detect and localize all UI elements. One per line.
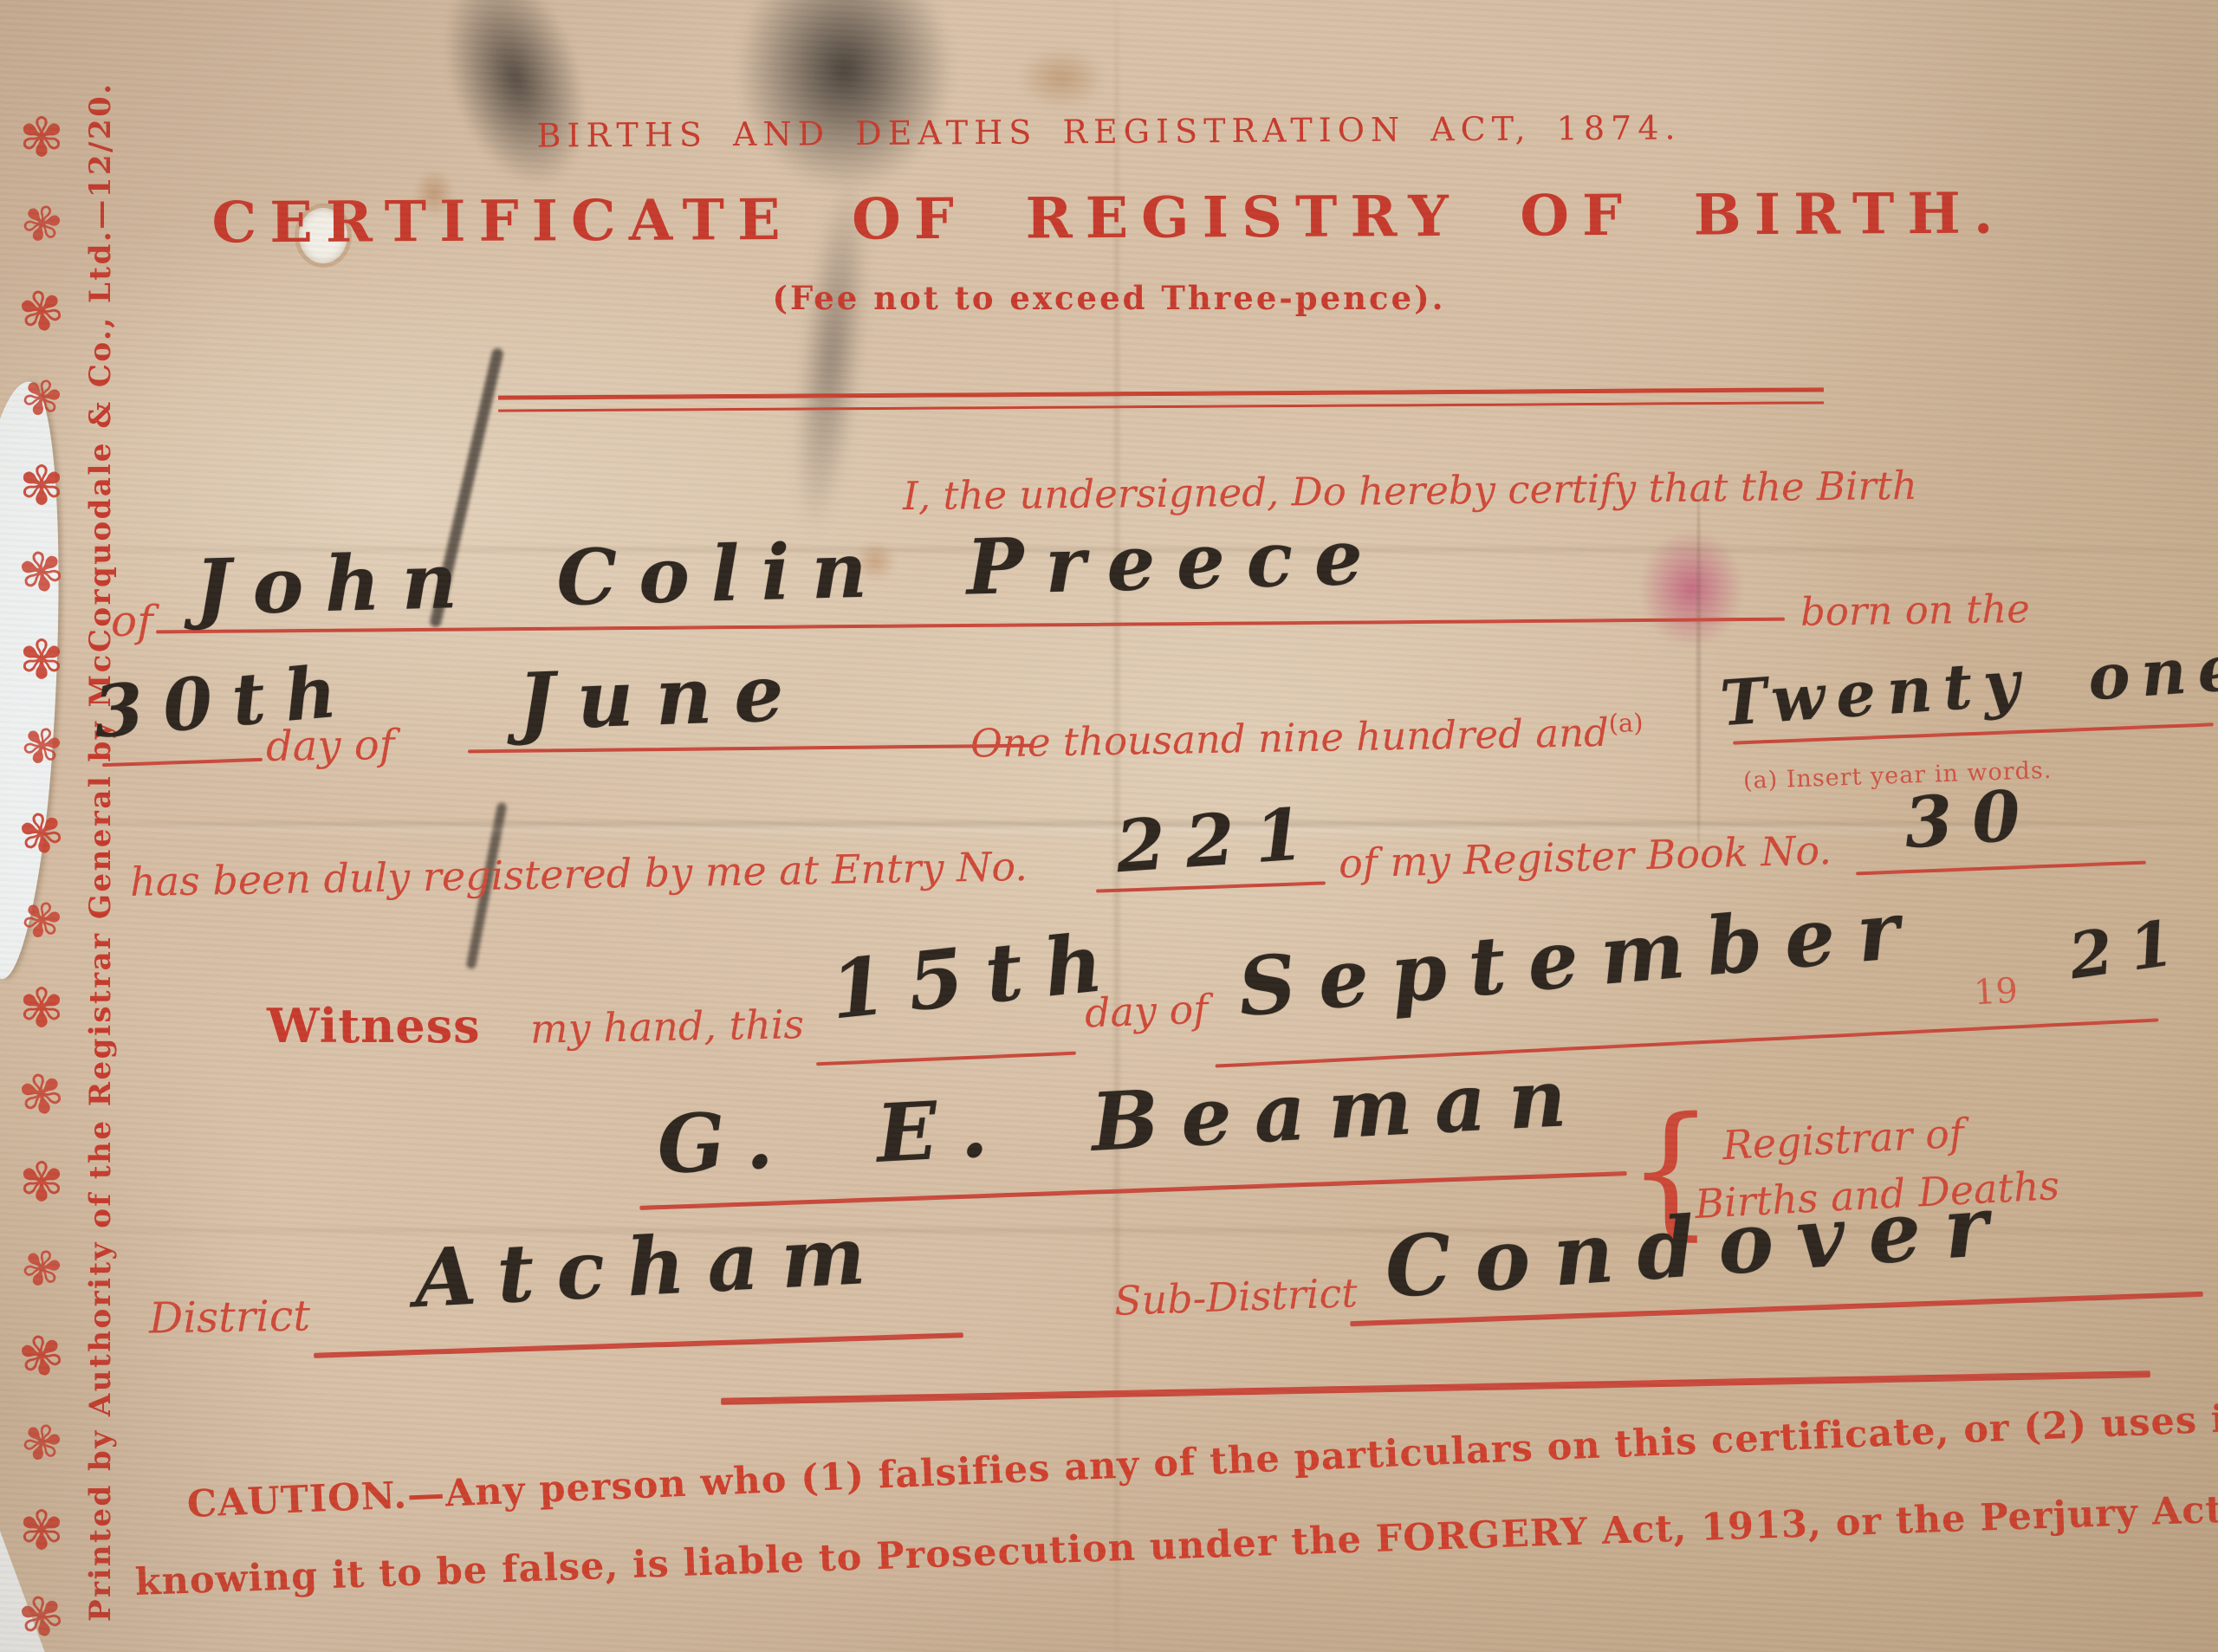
register-book-underline bbox=[1856, 861, 2146, 876]
born-on-the-label: born on the bbox=[1800, 586, 2030, 635]
vertical-crease bbox=[1696, 485, 1701, 849]
witness-statement: my hand, this bbox=[530, 1001, 805, 1053]
flower-ornament-icon: ✾ bbox=[15, 1240, 68, 1299]
witness-day-handwritten: 15th bbox=[826, 914, 1129, 1038]
district-handwritten: Atcham bbox=[412, 1208, 891, 1325]
year-printed-prefix: One thousand nine hundred and(a) bbox=[970, 708, 1644, 767]
ornament-column: ✾✾✾✾✾✾✾✾✾✾✾✾✾✾✾✾✾✾ bbox=[5, 111, 78, 1644]
ink-smudge bbox=[736, 0, 953, 191]
flower-ornament-icon: ✾ bbox=[19, 1156, 64, 1209]
flower-ornament-icon: ✾ bbox=[14, 1325, 69, 1387]
witness-word: Witness bbox=[267, 998, 481, 1053]
footnote-marker: (a) bbox=[1608, 708, 1644, 738]
flower-ornament-icon: ✾ bbox=[14, 1064, 69, 1125]
birth-certificate-document: ✾✾✾✾✾✾✾✾✾✾✾✾✾✾✾✾✾✾ Printed by Authority … bbox=[0, 0, 2218, 1652]
bottom-divider-rule bbox=[721, 1370, 2150, 1405]
birth-day-underline bbox=[102, 758, 263, 767]
flower-ornament-icon: ✾ bbox=[19, 111, 64, 165]
flower-ornament-icon: ✾ bbox=[15, 718, 68, 777]
flower-ornament-icon: ✾ bbox=[15, 196, 68, 255]
brown-stain bbox=[1018, 48, 1105, 108]
flower-ornament-icon: ✾ bbox=[14, 281, 69, 342]
birth-year-handwritten: Twenty one bbox=[1718, 630, 2218, 740]
registered-statement: has been duly registered by me at Entry … bbox=[130, 843, 1028, 905]
register-book-number-handwritten: 30 bbox=[1902, 774, 2042, 865]
registrar-signature-handwritten: G. E. Beaman bbox=[655, 1050, 1591, 1192]
printed-year-19: 19 bbox=[1973, 971, 2019, 1014]
registrar-title-line1: Registrar of bbox=[1722, 1110, 1965, 1169]
certify-statement: I, the undersigned, Do hereby certify th… bbox=[903, 463, 1917, 519]
year-prefix-text: One thousand nine hundred and bbox=[970, 709, 1610, 767]
witness-year-handwritten: 21 bbox=[2065, 904, 2195, 994]
witness-month-underline bbox=[1216, 1018, 2159, 1067]
entry-number-handwritten: 221 bbox=[1113, 792, 1326, 890]
subdistrict-handwritten: Condover bbox=[1382, 1176, 2014, 1317]
ink-smudge bbox=[418, 0, 612, 205]
subdistrict-label: Sub-District bbox=[1113, 1269, 1358, 1325]
witness-month-handwritten: September bbox=[1235, 882, 1925, 1035]
flower-ornament-icon: ✾ bbox=[19, 981, 64, 1035]
act-heading: BIRTHS AND DEATHS REGISTRATION ACT, 1874… bbox=[536, 108, 1681, 154]
flower-ornament-icon: ✾ bbox=[14, 803, 69, 865]
day-of-label: day of bbox=[266, 721, 395, 771]
certificate-title: CERTIFICATE OF REGISTRY OF BIRTH. bbox=[211, 181, 2006, 256]
printer-credit-vertical: Printed by Authority of the Registrar Ge… bbox=[83, 110, 118, 1622]
birth-month-handwritten: June bbox=[516, 646, 807, 748]
flower-ornament-icon: ✾ bbox=[19, 633, 64, 687]
flower-ornament-icon: ✾ bbox=[15, 891, 68, 950]
district-underline bbox=[314, 1332, 963, 1358]
witness-day-of-label: day of bbox=[1084, 986, 1209, 1037]
flower-ornament-icon: ✾ bbox=[19, 1504, 64, 1558]
flower-ornament-icon: ✾ bbox=[15, 370, 68, 429]
of-label: of bbox=[111, 596, 153, 646]
flower-ornament-icon: ✾ bbox=[14, 1586, 69, 1648]
header-divider-rule bbox=[498, 387, 1824, 411]
pink-ink-blot bbox=[1639, 530, 1743, 647]
witness-day-underline bbox=[816, 1052, 1076, 1066]
child-name-handwritten: John Colin Preece bbox=[194, 511, 1385, 632]
flower-ornament-icon: ✾ bbox=[14, 542, 69, 604]
district-label: District bbox=[149, 1291, 311, 1343]
fee-note: (Fee not to exceed Three-pence). bbox=[772, 279, 1445, 317]
flower-ornament-icon: ✾ bbox=[15, 1414, 68, 1473]
flower-ornament-icon: ✾ bbox=[19, 459, 64, 513]
register-book-label: of my Register Book No. bbox=[1338, 826, 1832, 887]
